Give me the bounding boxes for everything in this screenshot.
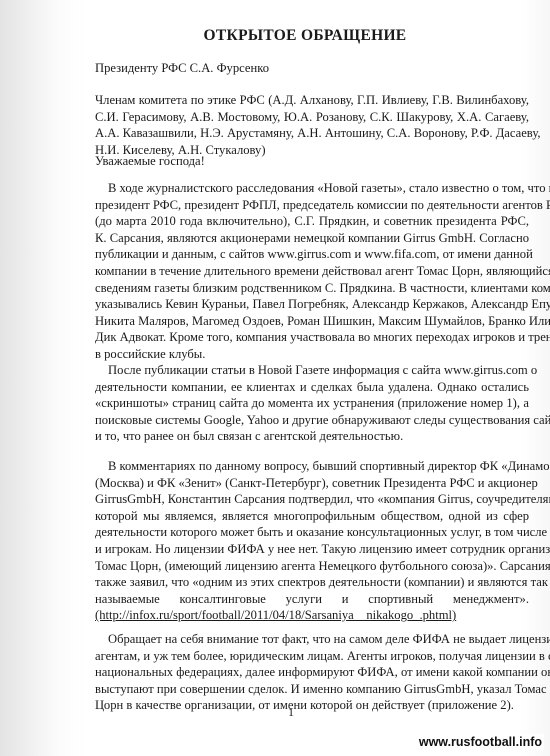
paragraph-line: агентам, и уж тем более, юридическим лиц…: [95, 648, 529, 665]
paragraph-line: В комментариях по данному вопросу, бывши…: [95, 458, 529, 475]
paragraph-line-with-links: публикации и данным, с сайтов www.girrus…: [95, 246, 529, 263]
paragraph-line: называемые консалтинговые услуги и спорт…: [95, 591, 529, 608]
paragraph-line: (до марта 2010 года включительно), С.Г. …: [95, 213, 529, 230]
paragraph-line: деятельности которого может быть и оказа…: [95, 524, 529, 541]
paragraph-line: поисковые системы Google, Yahoo и другие…: [95, 412, 529, 429]
addressee-president-text: Президенту РФС С.А. Фурсенко: [95, 60, 529, 77]
addressee-line: Членам комитета по этике РФС (А.Д. Алхан…: [95, 92, 529, 109]
paragraph-4: Обращает на себя внимание тот факт, что …: [95, 631, 529, 714]
addressee-line: А.А. Кавазашвили, Н.Э. Арустамяну, А.Н. …: [95, 125, 529, 142]
scanned-page: ОТКРЫТОЕ ОБРАЩЕНИЕ Президенту РФС С.А. Ф…: [0, 0, 550, 756]
paragraph-line: сведениям газеты близким родственником С…: [95, 280, 529, 297]
paragraph-line: После публикации статьи в Новой Газете и…: [95, 362, 529, 379]
source-link-infox[interactable]: (http://infox.ru/sport/football/2011/04/…: [95, 607, 529, 624]
paragraph-line: В ходе журналистского расследования «Нов…: [95, 180, 529, 197]
paragraph-line: выступают при совершении сделок. И именн…: [95, 681, 529, 698]
page-number: 1: [288, 705, 294, 720]
paragraph-line: «скриншоты» страниц сайта до момента их …: [95, 395, 529, 412]
paragraph-line: и то, что ранее он был связан с агентско…: [95, 428, 529, 445]
paragraph-line: в российские клубы.: [95, 346, 529, 363]
addressee-ethics-committee: Членам комитета по этике РФС (А.Д. Алхан…: [95, 92, 529, 158]
paragraph-line: Томас Цорн, (имеющий лицензию агента Нем…: [95, 558, 529, 575]
paragraph-line: которой мы являемся, является многопрофи…: [95, 508, 529, 525]
greeting: Уважаемые господа!: [95, 153, 529, 170]
paragraph-line: К. Сарсания, являются акционерами немецк…: [95, 230, 529, 247]
paragraph-line: компании в течение длительного времени д…: [95, 263, 529, 280]
paragraph-line: национальных федерациях, далее информиру…: [95, 664, 529, 681]
paragraph-line: указывались Кевин Кураньи, Павел Погребн…: [95, 296, 529, 313]
paragraph-line: Никита Маляров, Магомед Оздоев, Роман Ши…: [95, 313, 529, 330]
greeting-text: Уважаемые господа!: [95, 153, 529, 170]
addressee-president: Президенту РФС С.А. Фурсенко: [95, 60, 529, 77]
paragraph-line: президент РФС, президент РФПЛ, председат…: [95, 197, 529, 214]
paragraph-2: После публикации статьи в Новой Газете и…: [95, 362, 529, 445]
paragraph-3: В комментариях по данному вопросу, бывши…: [95, 458, 529, 624]
paragraph-line: GirrusGmbH, Константин Сарсания подтверд…: [95, 491, 529, 508]
paragraph-line: и игрокам. Но лицензии ФИФА у нее нет. Т…: [95, 541, 529, 558]
paragraph-line: (Москва) и ФК «Зенит» (Санкт-Петербург),…: [95, 475, 529, 492]
watermark: www.rusfootball.info: [417, 734, 544, 750]
addressee-line: С.И. Герасимову, А.В. Мостовому, Ю.А. Ро…: [95, 109, 529, 126]
paragraph-line: Обращает на себя внимание тот факт, что …: [95, 631, 529, 648]
paragraph-line: деятельности компании, ее клиентах и сде…: [95, 379, 529, 396]
paragraph-line: Дик Адвокат. Кроме того, компания участв…: [95, 329, 529, 346]
paragraph-line: также заявил, что «одним из этих спектро…: [95, 574, 529, 591]
paragraph-line: Цорн в качестве организации, от имени ко…: [95, 697, 529, 714]
document-title: ОТКРЫТОЕ ОБРАЩЕНИЕ: [0, 27, 550, 45]
paragraph-1: В ходе журналистского расследования «Нов…: [95, 180, 529, 363]
scan-edge-shadow: [0, 0, 60, 756]
